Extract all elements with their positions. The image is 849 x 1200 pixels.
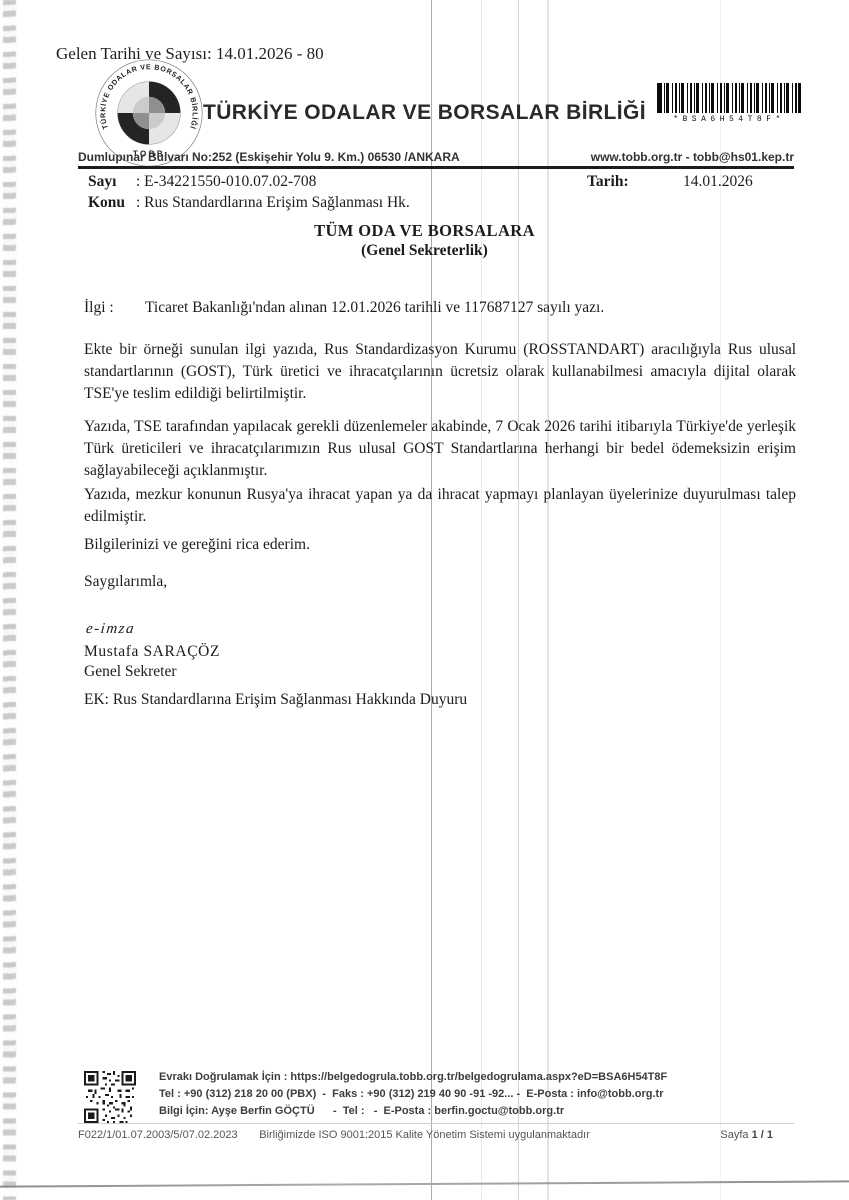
fold-line [547, 0, 549, 1200]
recipient-line: TÜM ODA VE BORSALARA [0, 221, 849, 241]
footer-info-line: Bilgi İçin: Ayşe Berfin GÖÇTÜ - Tel : - … [159, 1105, 564, 1117]
letterhead-address: Dumlupınar Bulvarı No:252 (Eskişehir Yol… [78, 150, 460, 164]
document-barcode: *BSA6H54T8F* [657, 83, 801, 124]
qr-code [84, 1071, 136, 1123]
fold-line [518, 0, 519, 1200]
reference-text: Ticaret Bakanlığı'ndan alınan 12.01.2026… [145, 299, 604, 317]
sayi-row: Sayı : E-34221550-010.07.02-708 [88, 173, 316, 191]
page-number-label: Sayfa [720, 1129, 748, 1141]
letterhead-web-email: www.tobb.org.tr - tobb@hs01.kep.tr [591, 150, 794, 164]
barcode-bars [657, 83, 801, 113]
body-paragraph: Yazıda, TSE tarafından yapılacak gerekli… [84, 416, 796, 481]
reference-row: İlgi : Ticaret Bakanlığı'ndan alınan 12.… [84, 299, 796, 317]
body-paragraph: Ekte bir örneği sunulan ilgi yazıda, Rus… [84, 339, 796, 404]
page-number-value: 1 / 1 [752, 1129, 773, 1141]
reference-label: İlgi : [84, 299, 145, 317]
konu-label: Konu [88, 194, 136, 212]
barcode-text: *BSA6H54T8F* [657, 115, 801, 124]
request-line: Bilgilerinizi ve gereğini rica ederim. [84, 536, 310, 554]
letterhead-rule [78, 166, 794, 169]
scan-edge-artifact [3, 0, 16, 1200]
signatory-name: Mustafa SARAÇÖZ [84, 643, 220, 661]
fold-line [431, 0, 432, 1200]
tarih-label: Tarih: [587, 173, 629, 191]
body-paragraph: Yazıda, mezkur konunun Rusya'ya ihracat … [84, 484, 796, 528]
scanned-letter-page: Gelen Tarihi ve Sayısı: 14.01.2026 - 80 … [0, 0, 849, 1200]
attachment-line: EK: Rus Standardlarına Erişim Sağlanması… [84, 691, 467, 709]
letterhead-contact-row: Dumlupınar Bulvarı No:252 (Eskişehir Yol… [78, 150, 794, 164]
signatory-title: Genel Sekreter [84, 663, 177, 681]
fold-line [481, 0, 482, 1200]
konu-value: : Rus Standardlarına Erişim Sağlanması H… [136, 194, 410, 212]
sayi-value: : E-34221550-010.07.02-708 [136, 173, 316, 191]
tarih-value: 14.01.2026 [683, 173, 753, 191]
footer-verify-line: Evrakı Doğrulamak İçin : https://belgedo… [159, 1071, 667, 1083]
recipient-subline: (Genel Sekreterlik) [0, 242, 849, 260]
footer-contact-line: Tel : +90 (312) 218 20 00 (PBX) - Faks :… [159, 1088, 663, 1100]
page-bottom-edge [0, 1180, 849, 1187]
sayi-label: Sayı [88, 173, 136, 191]
e-signature-mark: e-imza [85, 621, 136, 638]
page-number: Sayfa 1 / 1 [720, 1129, 773, 1141]
closing-salutation: Saygılarımla, [84, 573, 167, 591]
konu-row: Konu : Rus Standardlarına Erişim Sağlanm… [88, 194, 410, 212]
footer-hairline [78, 1123, 794, 1124]
